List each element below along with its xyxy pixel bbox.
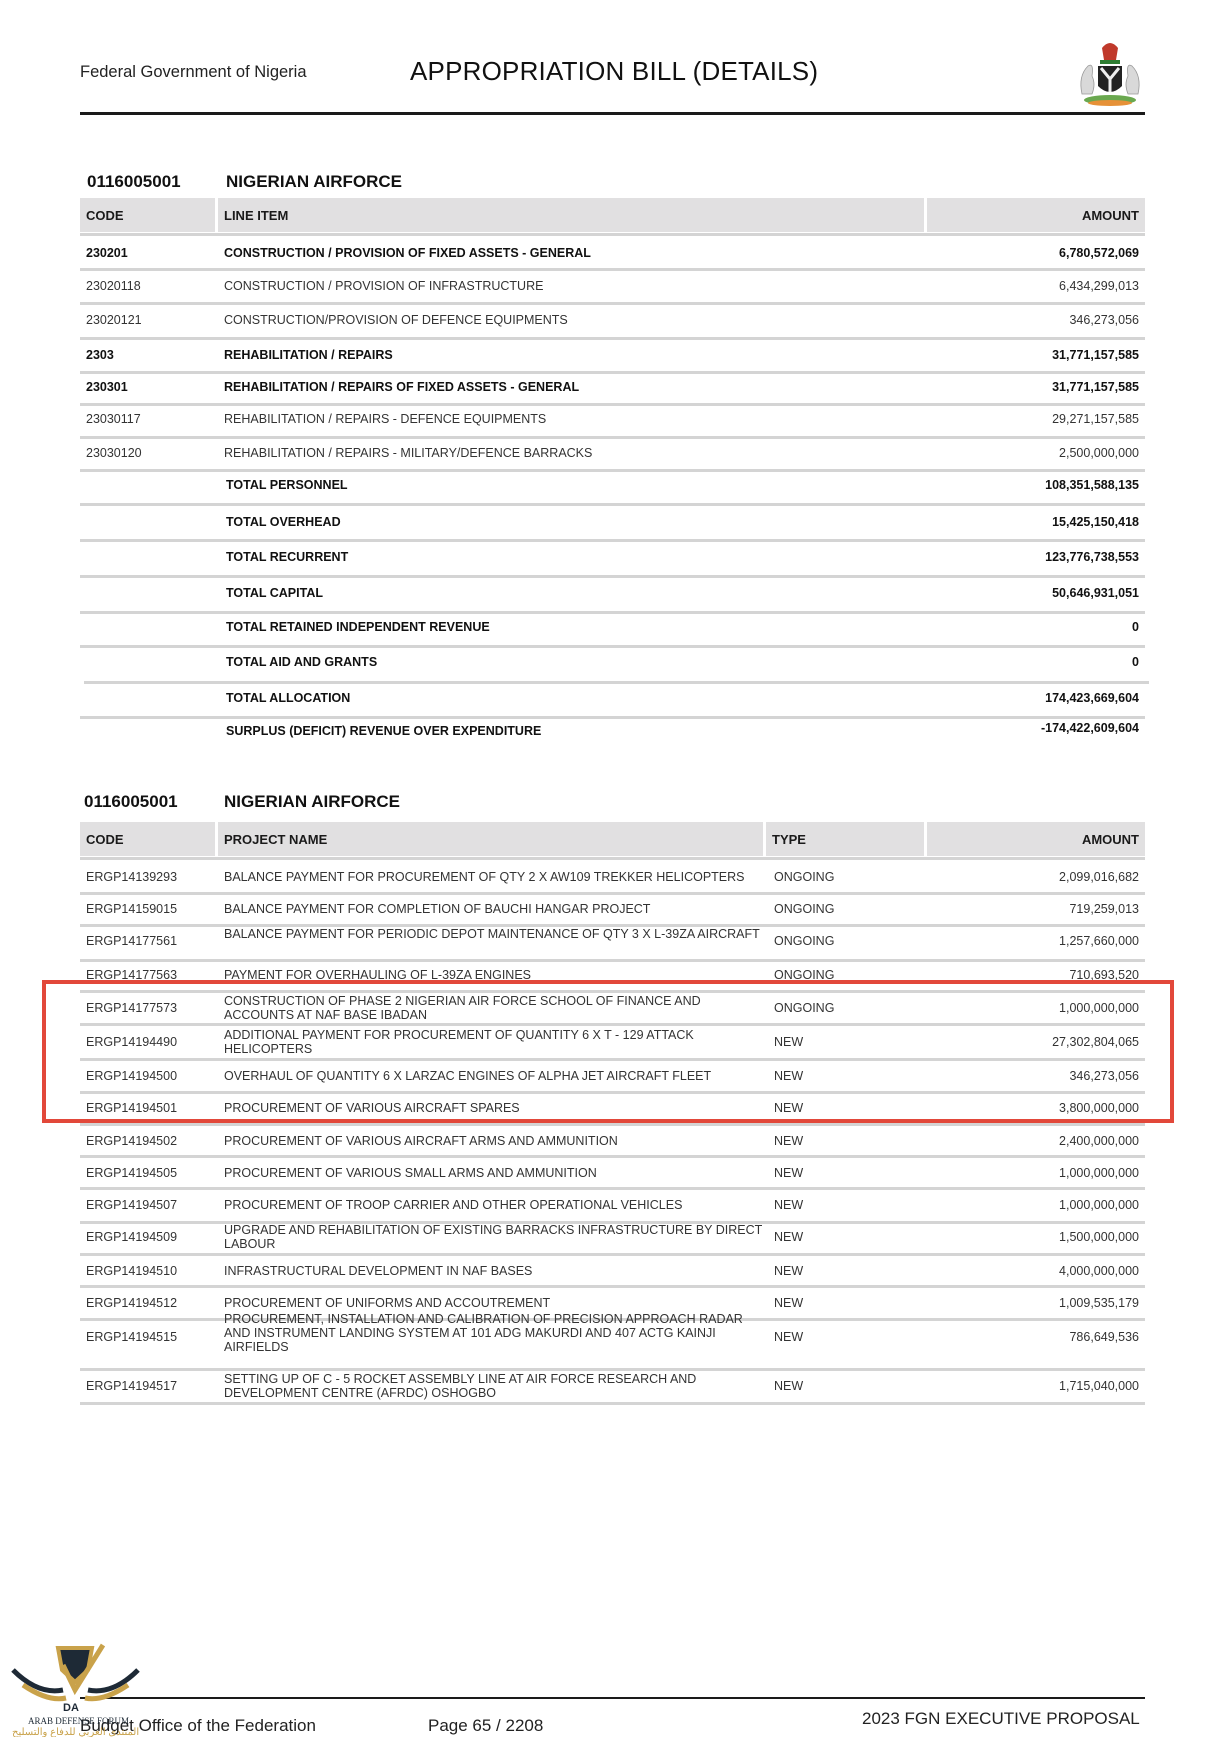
row-line-item: TOTAL CAPITAL: [226, 586, 323, 600]
row-code: 23020118: [86, 279, 141, 293]
row-line-item: TOTAL AID AND GRANTS: [226, 655, 377, 669]
row-amount: 1,257,660,000: [899, 934, 1139, 948]
row-project-name: PROCUREMENT OF VARIOUS AIRCRAFT ARMS AND…: [224, 1134, 769, 1148]
row-amount: 29,271,157,585: [899, 412, 1139, 426]
row-project-name: PROCUREMENT OF TROOP CARRIER AND OTHER O…: [224, 1198, 769, 1212]
row-type: NEW: [774, 1379, 803, 1393]
row-amount: 1,009,535,179: [899, 1296, 1139, 1310]
col-header-code: CODE: [80, 198, 215, 232]
watermark-ar: المنتدى العربي للدفاع والتسليح: [12, 1727, 139, 1737]
row-project-name: UPGRADE AND REHABILITATION OF EXISTING B…: [224, 1223, 769, 1251]
row-code: 230301: [86, 380, 128, 394]
col-header-line-item: LINE ITEM: [218, 198, 924, 232]
row-divider: [80, 1368, 1145, 1371]
row-type: ONGOING: [774, 870, 834, 884]
row-amount: 6,434,299,013: [899, 279, 1139, 293]
row-divider: [80, 371, 1145, 374]
section-name: NIGERIAN AIRFORCE: [224, 792, 400, 812]
row-project-name: BALANCE PAYMENT FOR COMPLETION OF BAUCHI…: [224, 902, 769, 916]
header-divider: [80, 233, 1145, 236]
row-line-item: CONSTRUCTION / PROVISION OF INFRASTRUCTU…: [224, 279, 543, 293]
watermark-logo: DA ARAB DEFENSE FORUM المنتدى العربي للد…: [8, 1640, 143, 1737]
row-divider: [80, 716, 1145, 719]
row-amount: 0: [899, 620, 1139, 634]
watermark-en: ARAB DEFENSE FORUM: [28, 1716, 129, 1726]
row-project-name: PROCUREMENT OF VARIOUS SMALL ARMS AND AM…: [224, 1166, 769, 1180]
row-amount: 786,649,536: [899, 1330, 1139, 1344]
row-line-item: SURPLUS (DEFICIT) REVENUE OVER EXPENDITU…: [226, 724, 541, 738]
row-code: 2303: [86, 348, 114, 362]
row-amount: 2,400,000,000: [899, 1134, 1139, 1148]
header-rule: [80, 112, 1145, 115]
row-divider: [80, 1402, 1145, 1405]
row-amount: 123,776,738,553: [899, 550, 1139, 564]
row-code: ERGP14194509: [86, 1230, 177, 1244]
row-divider: [80, 503, 1145, 506]
row-line-item: REHABILITATION / REPAIRS - DEFENCE EQUIP…: [224, 412, 546, 426]
row-type: NEW: [774, 1198, 803, 1212]
row-divider: [80, 337, 1145, 340]
row-divider: [80, 1187, 1145, 1190]
highlight-box: [42, 980, 1174, 1123]
row-line-item: TOTAL RETAINED INDEPENDENT REVENUE: [226, 620, 490, 634]
col-header-code: CODE: [80, 822, 215, 856]
row-amount: 15,425,150,418: [899, 515, 1139, 529]
row-amount: -174,422,609,604: [899, 721, 1139, 735]
row-amount: 2,099,016,682: [899, 870, 1139, 884]
row-code: ERGP14159015: [86, 902, 177, 916]
row-type: NEW: [774, 1330, 803, 1344]
row-line-item: TOTAL ALLOCATION: [226, 691, 350, 705]
row-amount: 0: [899, 655, 1139, 669]
row-project-name: PROCUREMENT, INSTALLATION AND CALIBRATIO…: [224, 1312, 769, 1354]
org-name: Federal Government of Nigeria: [80, 63, 307, 82]
row-line-item: CONSTRUCTION / PROVISION OF FIXED ASSETS…: [224, 246, 591, 260]
row-divider: [84, 681, 1149, 684]
row-code: 23030117: [86, 412, 141, 426]
row-amount: 2,500,000,000: [899, 446, 1139, 460]
row-code: 23030120: [86, 446, 142, 460]
footer-rule: [80, 1697, 1145, 1699]
col-header-project-name: PROJECT NAME: [218, 822, 763, 856]
row-line-item: REHABILITATION / REPAIRS: [224, 348, 393, 362]
row-type: ONGOING: [774, 934, 834, 948]
row-divider: [80, 575, 1145, 578]
row-amount: 1,715,040,000: [899, 1379, 1139, 1393]
section-name: NIGERIAN AIRFORCE: [226, 172, 402, 192]
row-project-name: SETTING UP OF C - 5 ROCKET ASSEMBLY LINE…: [224, 1372, 769, 1400]
row-amount: 719,259,013: [899, 902, 1139, 916]
row-amount: 1,500,000,000: [899, 1230, 1139, 1244]
coat-of-arms-icon: [1070, 36, 1150, 108]
row-code: 230201: [86, 246, 128, 260]
row-code: ERGP14194502: [86, 1134, 177, 1148]
row-divider: [80, 611, 1145, 614]
row-line-item: TOTAL RECURRENT: [226, 550, 348, 564]
col-header-amount: AMOUNT: [927, 198, 1145, 232]
row-code: ERGP14194517: [86, 1379, 177, 1393]
row-divider: [80, 645, 1145, 648]
row-amount: 174,423,669,604: [899, 691, 1139, 705]
row-divider: [80, 469, 1145, 472]
watermark-logo-text: DA: [63, 1702, 79, 1714]
row-line-item: REHABILITATION / REPAIRS - MILITARY/DEFE…: [224, 446, 592, 460]
section-code: 0116005001: [87, 172, 181, 192]
row-code: ERGP14194510: [86, 1264, 177, 1278]
row-divider: [80, 1253, 1145, 1256]
header-divider: [80, 857, 1145, 860]
row-amount: 4,000,000,000: [899, 1264, 1139, 1278]
row-project-name: INFRASTRUCTURAL DEVELOPMENT IN NAF BASES: [224, 1264, 769, 1278]
page-number: Page 65 / 2208: [428, 1716, 543, 1736]
footer-proposal: 2023 FGN EXECUTIVE PROPOSAL: [862, 1709, 1140, 1729]
row-amount: 1,000,000,000: [899, 1166, 1139, 1180]
row-amount: 31,771,157,585: [899, 348, 1139, 362]
row-project-name: PROCUREMENT OF UNIFORMS AND ACCOUTREMENT: [224, 1296, 769, 1310]
row-divider: [80, 539, 1145, 542]
row-amount: 346,273,056: [899, 313, 1139, 327]
row-amount: 50,646,931,051: [899, 586, 1139, 600]
row-project-name: BALANCE PAYMENT FOR PROCUREMENT OF QTY 2…: [224, 870, 769, 884]
row-code: ERGP14194515: [86, 1330, 177, 1344]
row-type: NEW: [774, 1296, 803, 1310]
row-type: NEW: [774, 1264, 803, 1278]
row-code: ERGP14177561: [86, 934, 177, 948]
row-code: ERGP14194512: [86, 1296, 177, 1310]
row-divider: [80, 268, 1145, 271]
row-line-item: TOTAL PERSONNEL: [226, 478, 348, 492]
row-line-item: TOTAL OVERHEAD: [226, 515, 341, 529]
row-project-name: BALANCE PAYMENT FOR PERIODIC DEPOT MAINT…: [224, 927, 769, 941]
row-line-item: CONSTRUCTION/PROVISION OF DEFENCE EQUIPM…: [224, 313, 568, 327]
row-type: NEW: [774, 1134, 803, 1148]
col-header-amount: AMOUNT: [927, 822, 1145, 856]
row-code: ERGP14139293: [86, 870, 177, 884]
row-amount: 31,771,157,585: [899, 380, 1139, 394]
row-divider: [80, 1123, 1145, 1126]
row-type: NEW: [774, 1166, 803, 1180]
shield-wings-icon: [8, 1640, 143, 1710]
row-code: ERGP14194507: [86, 1198, 177, 1212]
section-code: 0116005001: [84, 792, 178, 812]
row-divider: [80, 403, 1145, 406]
row-type: NEW: [774, 1230, 803, 1244]
row-divider: [80, 1155, 1145, 1158]
col-header-type: TYPE: [766, 822, 924, 856]
row-line-item: REHABILITATION / REPAIRS OF FIXED ASSETS…: [224, 380, 579, 394]
page-title: APPROPRIATION BILL (DETAILS): [410, 56, 818, 87]
row-divider: [80, 436, 1145, 439]
row-divider: [80, 959, 1145, 962]
row-amount: 6,780,572,069: [899, 246, 1139, 260]
row-type: ONGOING: [774, 902, 834, 916]
row-amount: 1,000,000,000: [899, 1198, 1139, 1212]
row-code: 23020121: [86, 313, 142, 327]
row-amount: 108,351,588,135: [899, 478, 1139, 492]
row-divider: [80, 1285, 1145, 1288]
row-code: ERGP14194505: [86, 1166, 177, 1180]
row-divider: [80, 892, 1145, 895]
row-divider: [80, 302, 1145, 305]
